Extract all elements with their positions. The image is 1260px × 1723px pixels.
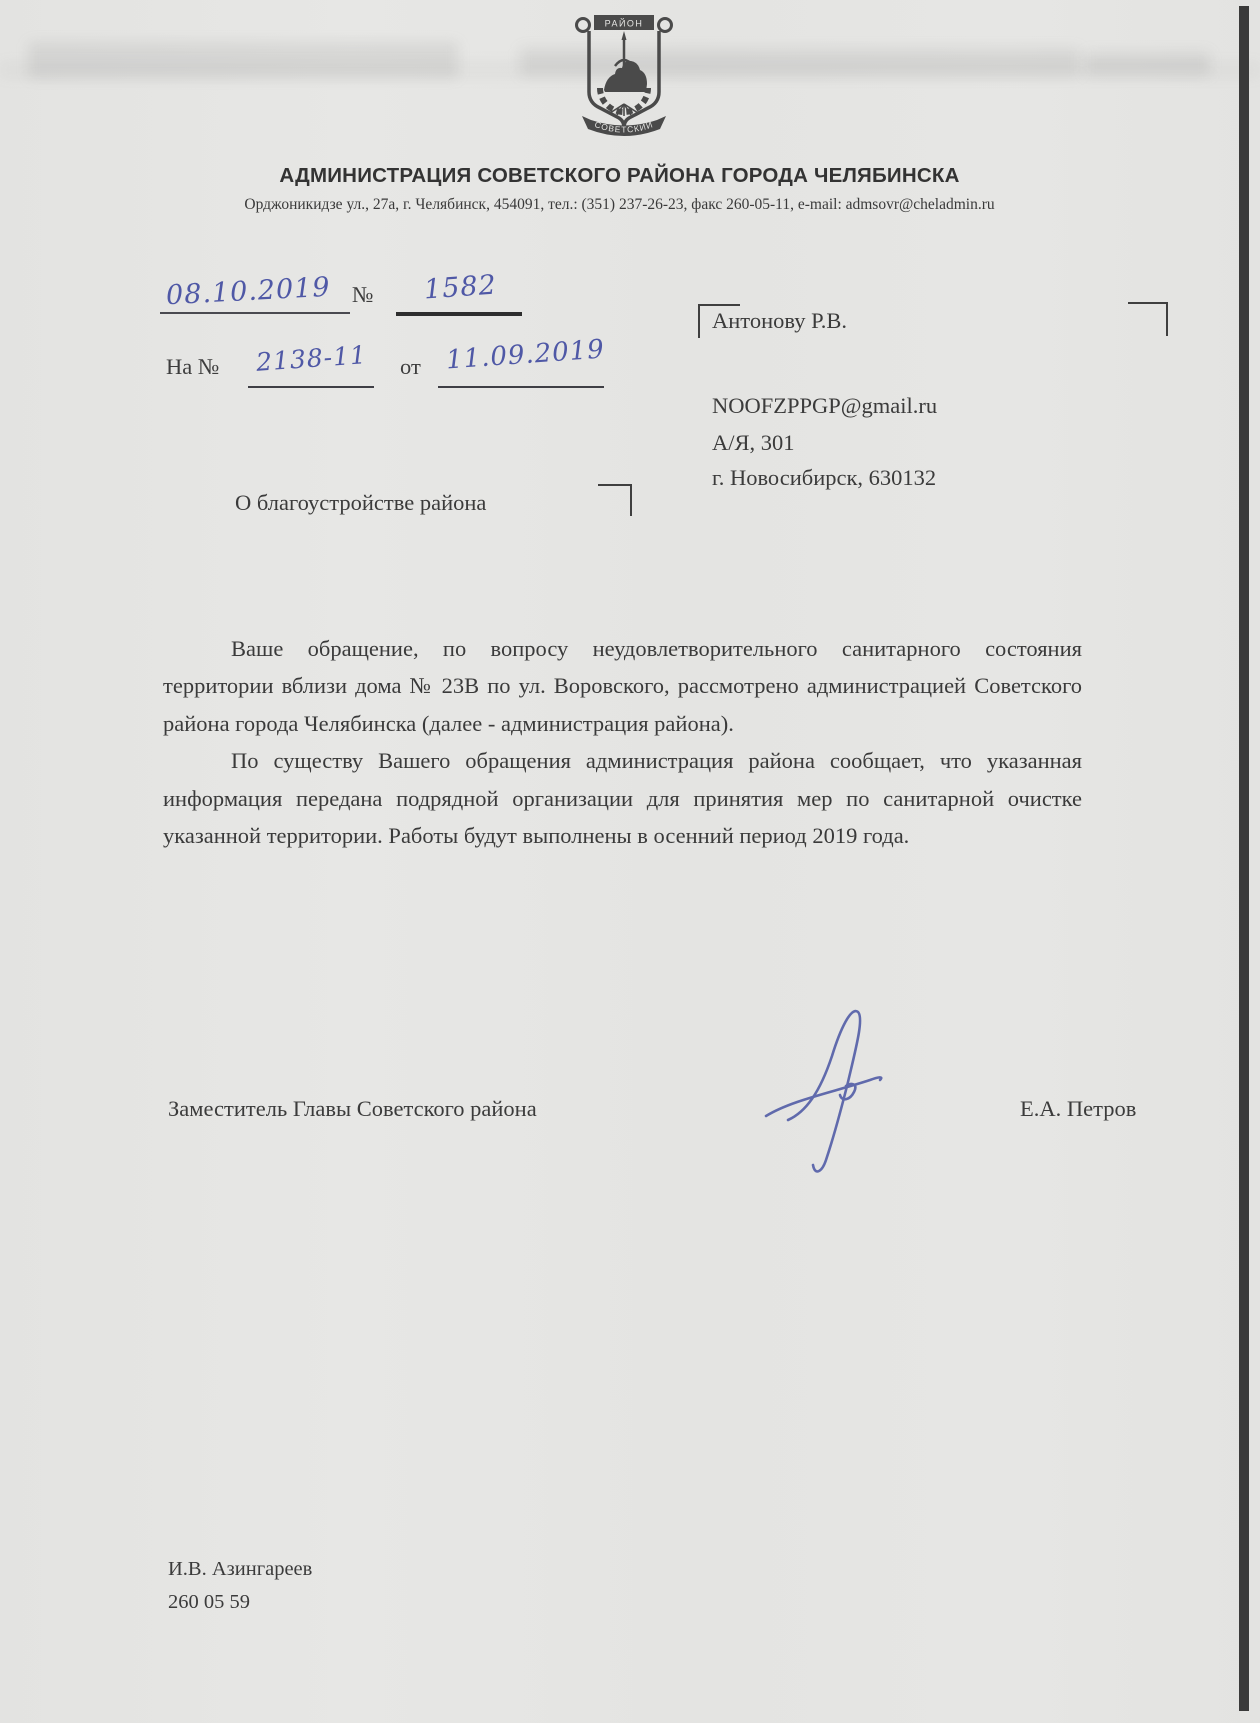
body-paragraph-2: По существу Вашего обращения администрац… (163, 742, 1082, 854)
reply-date-underline (438, 386, 604, 388)
number-sign-label: № (352, 282, 373, 308)
handwritten-reply-date: 11.09.2019 (445, 334, 606, 375)
district-coat-of-arms-icon: РАЙОН СОВЕТСКИЙ (568, 8, 680, 150)
emblem-top-text: РАЙОН (605, 18, 644, 29)
organization-name: АДМИНИСТРАЦИЯ СОВЕТСКОГО РАЙОНА ГОРОДА Ч… (0, 164, 1239, 188)
handwritten-letter-number: 1582 (423, 270, 498, 306)
recipient-city: г. Новосибирск, 630132 (712, 465, 936, 491)
signer-name: Е.А. Петров (1020, 1096, 1136, 1122)
letter-body: Ваше обращение, по вопросу неудовлетвори… (163, 630, 1082, 854)
subject-corner-bracket (598, 484, 632, 516)
executor-phone: 260 05 59 (168, 1591, 250, 1614)
handwritten-reply-number: 2138-11 (255, 340, 368, 377)
recipient-name: Антонову Р.В. (712, 308, 847, 334)
body-paragraph-1: Ваше обращение, по вопросу неудовлетвори… (163, 630, 1082, 742)
letter-subject: О благоустройстве района (235, 490, 486, 516)
date-underline (160, 312, 350, 314)
executor-name: И.В. Азингареев (168, 1558, 312, 1581)
reply-to-number-label: На № (166, 354, 219, 380)
handwritten-letter-date: 08.10.2019 (165, 272, 331, 312)
recipient-po-box: А/Я, 301 (712, 430, 795, 456)
scanned-letter-page: РАЙОН СОВЕТСКИЙ (0, 0, 1260, 1723)
reply-from-label: от (400, 354, 421, 380)
reply-number-underline (248, 386, 374, 388)
handwritten-signature (758, 992, 973, 1187)
scanner-edge-strip (1239, 6, 1249, 1711)
top-right-corner-bracket (1128, 302, 1168, 336)
recipient-email: NOOFZPPGP@gmail.ru (712, 393, 937, 419)
number-underline (396, 312, 522, 316)
organization-address-line: Орджоникидзе ул., 27а, г. Челябинск, 454… (0, 196, 1239, 214)
signer-position-title: Заместитель Главы Советского района (168, 1096, 537, 1122)
